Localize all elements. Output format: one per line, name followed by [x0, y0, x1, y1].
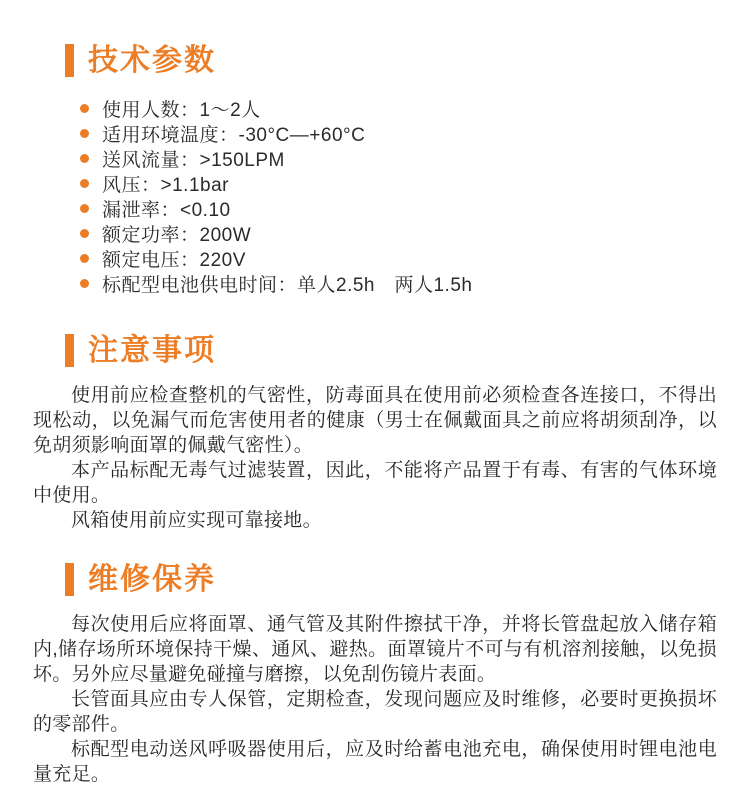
list-item-text: 风压：>1.1bar: [102, 170, 229, 197]
paragraph: 使用前应检查整机的气密性，防毒面具在使用前必须检查各连接口，不得出现松动，以免漏…: [33, 383, 717, 458]
list-item: 送风流量：>150LPM: [80, 146, 750, 171]
bullet-icon: [80, 129, 89, 138]
bullet-icon: [80, 179, 89, 188]
heading-accent-bar-icon: [65, 44, 74, 77]
bullet-icon: [80, 104, 89, 113]
heading-accent-bar-icon: [65, 563, 74, 596]
paragraph: 长管面具应由专人保管，定期检查，发现问题应及时维修，必要时更换损坏的零部件。: [33, 687, 717, 737]
section-heading: 技术参数: [65, 44, 750, 77]
section-precautions: 注意事项 使用前应检查整机的气密性，防毒面具在使用前必须检查各连接口，不得出现松…: [0, 334, 750, 533]
list-item-text: 额定功率：200W: [102, 220, 251, 247]
bullet-icon: [80, 229, 89, 238]
list-item-text: 适用环境温度：-30°C—+60°C: [102, 120, 365, 147]
section-title: 技术参数: [88, 44, 216, 77]
bullet-icon: [80, 279, 89, 288]
list-item-text: 额定电压：220V: [102, 245, 246, 272]
paragraph-block: 使用前应检查整机的气密性，防毒面具在使用前必须检查各连接口，不得出现松动，以免漏…: [33, 383, 717, 533]
list-item: 额定功率：200W: [80, 221, 750, 246]
heading-accent-bar-icon: [65, 334, 74, 367]
list-item: 标配型电池供电时间：单人2.5h 两人1.5h: [80, 271, 750, 296]
paragraph: 本产品标配无毒气过滤装置，因此，不能将产品置于有毒、有害的气体环境中使用。: [33, 458, 717, 508]
paragraph-block: 每次使用后应将面罩、通气管及其附件擦拭干净，并将长管盘起放入储存箱内,储存场所环…: [33, 612, 717, 787]
list-item: 适用环境温度：-30°C—+60°C: [80, 121, 750, 146]
paragraph: 风箱使用前应实现可靠接地。: [33, 508, 717, 533]
bullet-icon: [80, 154, 89, 163]
paragraph: 每次使用后应将面罩、通气管及其附件擦拭干净，并将长管盘起放入储存箱内,储存场所环…: [33, 612, 717, 687]
list-item-text: 送风流量：>150LPM: [102, 145, 285, 172]
list-item: 使用人数：1～2人: [80, 96, 750, 121]
document-page: 技术参数 使用人数：1～2人 适用环境温度：-30°C—+60°C 送风流量：>…: [0, 0, 750, 801]
section-tech-params: 技术参数 使用人数：1～2人 适用环境温度：-30°C—+60°C 送风流量：>…: [0, 44, 750, 296]
list-item: 额定电压：220V: [80, 246, 750, 271]
section-heading: 注意事项: [65, 334, 750, 367]
paragraph: 标配型电动送风呼吸器使用后，应及时给蓄电池充电，确保使用时锂电池电量充足。: [33, 737, 717, 787]
bullet-icon: [80, 204, 89, 213]
section-maintenance: 维修保养 每次使用后应将面罩、通气管及其附件擦拭干净，并将长管盘起放入储存箱内,…: [0, 563, 750, 787]
list-item-text: 标配型电池供电时间：单人2.5h 两人1.5h: [102, 270, 472, 297]
section-title: 维修保养: [88, 563, 216, 596]
list-item-text: 漏泄率：<0.10: [102, 195, 231, 222]
list-item: 风压：>1.1bar: [80, 171, 750, 196]
section-heading: 维修保养: [65, 563, 750, 596]
list-item-text: 使用人数：1～2人: [102, 95, 261, 122]
list-item: 漏泄率：<0.10: [80, 196, 750, 221]
spec-list: 使用人数：1～2人 适用环境温度：-30°C—+60°C 送风流量：>150LP…: [80, 96, 750, 296]
bullet-icon: [80, 254, 89, 263]
section-title: 注意事项: [88, 334, 216, 367]
